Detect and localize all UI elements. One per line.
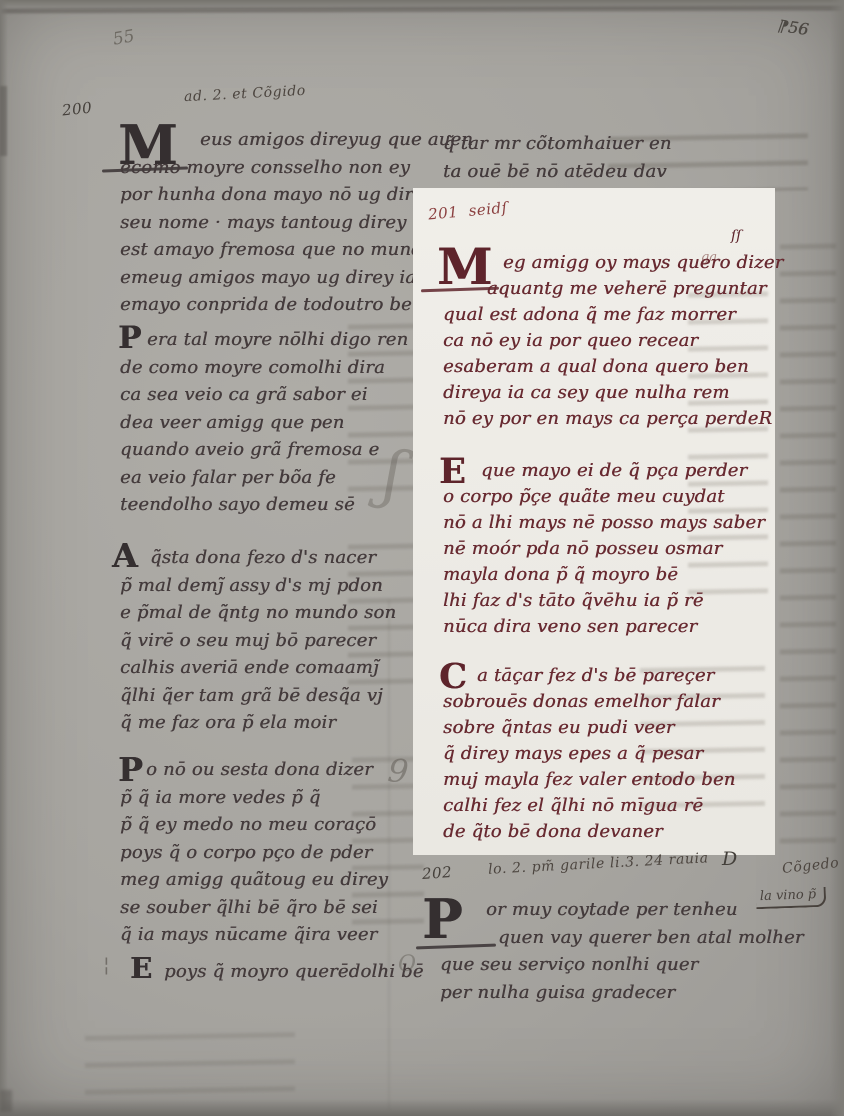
verse-line: se souber q̃lhi bē q̃ro bē sei bbox=[120, 894, 388, 922]
highlight-region: 201 seidſ ſſ ga M eg amigg oy mays quero… bbox=[413, 188, 775, 855]
verse-line: nē moór pda nō posseu osmar bbox=[443, 536, 765, 562]
verse-line: que mayo ei de q̃ pça perder bbox=[443, 458, 765, 484]
verse-line: muj mayla fez valer entodo ben bbox=[443, 767, 735, 793]
verse-line: q̃lhi q̃er tam grã bē desq̃a vj bbox=[120, 682, 396, 710]
verse-line: ca nō ey ia por queo recear bbox=[443, 328, 783, 354]
verse-line: aquantg me veherē preguntar bbox=[443, 276, 783, 302]
verse-line: calhis averiā ende comaamj̃ bbox=[120, 654, 396, 682]
margin-squiggle: ¦ bbox=[103, 952, 110, 976]
folio-number-right: ⁋56 bbox=[777, 16, 810, 39]
verse-line: lhi faz d's tāto q̃vēhu ia p̃ rē bbox=[443, 588, 765, 614]
margin-squiggle: 9 bbox=[386, 751, 410, 791]
verse-line: era tal moyre nōlhi digo ren bbox=[120, 326, 408, 354]
margin-number-201: 201 seidſ bbox=[427, 199, 508, 224]
verse-line: ta ouē bē nō atēdeu dav bbox=[443, 158, 671, 186]
verse-line: que seu serviço nonlhi quer bbox=[440, 951, 804, 979]
verse-line: eus amigos direyug que auen bbox=[120, 126, 473, 154]
margin-number-202: 202 bbox=[421, 863, 452, 883]
stanza-201-3: C a tāçar fez d's bē pareçer sobrouēs do… bbox=[443, 663, 735, 845]
verse-line: or muy coytade per tenheu bbox=[440, 896, 804, 924]
stanza-202: P or muy coytade per tenheu quen vay que… bbox=[440, 896, 804, 1006]
verse-line: mayla dona p̃ q̃ moyro bē bbox=[443, 562, 765, 588]
verse-line: per nulha guisa gradecer bbox=[440, 979, 804, 1007]
verse-line: meg amigg quãtoug eu direy bbox=[120, 866, 388, 894]
margin-note: seidſ bbox=[468, 199, 508, 220]
manuscript-scan: { "folio": { "top_left": "55", "top_righ… bbox=[0, 0, 844, 1116]
colocci-annotation-top: ad. 2. et Cõgido bbox=[184, 83, 307, 105]
verse-line: ca sea veio ca grã sabor ei bbox=[120, 381, 408, 409]
verse-line: q̃sta dona fezo d's nacer bbox=[120, 544, 396, 572]
page-stain bbox=[0, 1090, 12, 1112]
verse-line: de como moyre comolhi dira bbox=[120, 354, 408, 382]
stanza-200-3: A q̃sta dona fezo d's nacer p̃ mal demj̃… bbox=[120, 544, 396, 737]
envoi-200: E poys q̃ moyro querēdolhi bē bbox=[132, 958, 424, 986]
verse-line: teendolho sayo demeu sē bbox=[120, 491, 408, 519]
page-stain bbox=[0, 86, 7, 156]
verse-line: ea veio falar per bõa fe bbox=[120, 464, 408, 492]
stanza-200-4: P o nō ou sesta dona dizer p̃ q̃ ia more… bbox=[120, 756, 388, 949]
verse-line: q̃ me faz ora p̃ ela moir bbox=[120, 709, 396, 737]
verse-line: quen vay querer ben atal molher bbox=[440, 924, 804, 952]
bleedthrough-text bbox=[85, 1023, 295, 1102]
verse-line: nō ey por en mays ca perça perdeR bbox=[443, 406, 783, 432]
margin-squiggle: D bbox=[722, 848, 737, 870]
verse-line: calhi fez el q̃lhi nō mīgua rē bbox=[443, 793, 735, 819]
stanza-200-overflow: q̃ tar mr cõtomhaiuer en ta ouē bē nō at… bbox=[443, 130, 671, 185]
verse-line: p̃ q̃ ia more vedes p̃ q̃ bbox=[120, 784, 388, 812]
parchment-page: 55 ⁋56 200 ad. 2. et Cõgido M eus amigos… bbox=[0, 0, 844, 1116]
verse-line: sobre q̃ntas eu pudi veer bbox=[443, 715, 735, 741]
verse-line: nō a lhi mays nē posso mays saber bbox=[443, 510, 765, 536]
verse-line: p̃ mal demj̃ assy d's mj pdon bbox=[120, 572, 396, 600]
verse-line: quando aveio grã fremosa e bbox=[120, 436, 408, 464]
stanza-201-2: E que mayo ei de q̃ pça perder o corpo p… bbox=[443, 458, 765, 640]
verse-line: qual est adona q̃ me faz morrer bbox=[443, 302, 783, 328]
stanza-201-1: M eg amigg oy mays quero dizer aquantg m… bbox=[443, 250, 783, 432]
verse-line: o corpo p̃çe quãte meu cuydat bbox=[443, 484, 765, 510]
verse-line: nūca dira veno sen parecer bbox=[443, 614, 765, 640]
verse-line: q̃ direy mays epes a q̃ pesar bbox=[443, 741, 735, 767]
verse-line: p̃ q̃ ey medo no meu coraçō bbox=[120, 811, 388, 839]
verse-line: o nō ou sesta dona dizer bbox=[120, 756, 388, 784]
song-number: 201 bbox=[427, 203, 459, 224]
verse-line: esaberam a qual dona quero ben bbox=[443, 354, 783, 380]
corner-mark: ſſ bbox=[731, 228, 741, 244]
verse-line: direya ia ca sey que nulha rem bbox=[443, 380, 783, 406]
verse-line: de q̃to bē dona devaner bbox=[443, 819, 735, 845]
verse-line: eg amigg oy mays quero dizer bbox=[443, 250, 783, 276]
margin-number-200: 200 bbox=[61, 98, 93, 119]
verse-line: a tāçar fez d's bē pareçer bbox=[443, 663, 735, 689]
verse-line: poys q̃ o corpo pço de pder bbox=[120, 839, 388, 867]
verse-line: q̃ ia mays nūcame q̃ira veer bbox=[120, 921, 388, 949]
verse-line: q̃ tar mr cõtomhaiuer en bbox=[443, 130, 671, 158]
verse-line: sobrouēs donas emelhor falar bbox=[443, 689, 735, 715]
verse-line: ecomo moyre consselho non ey bbox=[120, 154, 473, 182]
folio-number-left: 55 bbox=[111, 26, 136, 49]
verse-line: q̃ virē o seu muj bō parecer bbox=[120, 627, 396, 655]
margin-squiggle: O bbox=[398, 952, 416, 977]
bleedthrough-text bbox=[780, 235, 836, 846]
verse-line: dea veer amigg que pen bbox=[120, 409, 408, 437]
verse-line: e p̃mal de q̃ntg no mundo son bbox=[120, 599, 396, 627]
page-edge bbox=[0, 1099, 844, 1116]
stanza-200-2: P era tal moyre nōlhi digo ren de como m… bbox=[120, 326, 408, 519]
verse-line: poys q̃ moyro querēdolhi bē bbox=[132, 958, 424, 986]
page-edge bbox=[0, 0, 8, 1116]
